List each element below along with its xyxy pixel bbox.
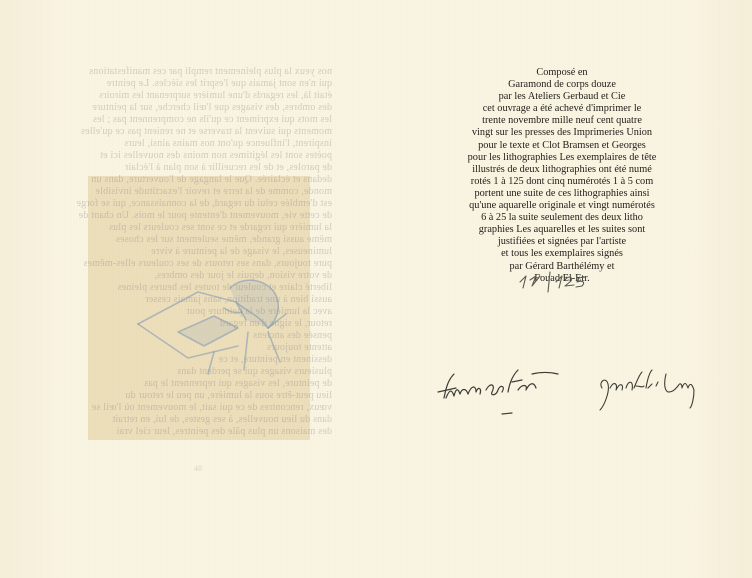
left-page: nos yeux la plus pleinement rempli par c… (0, 0, 376, 578)
colophon-line: cet ouvrage a été achevé d'imprimer le (446, 103, 678, 115)
colophon-line: et tous les exemplaires signés (446, 248, 678, 260)
show-through-line: lumineuses, le visage de la peinture à v… (66, 246, 332, 258)
justification-number-handwritten: 19/125 (510, 268, 600, 294)
show-through-line: vœux, rencontres de ce qui sait, le mouv… (66, 402, 332, 414)
show-through-line: dans du lieu nouvelles, à ses gestes, de… (66, 414, 332, 426)
colophon-line: portent une suite de ces lithographies a… (446, 188, 678, 200)
show-through-line: de cette vie, mouvement d'entente pour l… (66, 210, 332, 222)
show-through-drawing-icon (118, 262, 298, 382)
colophon-line: trente novembre mille neuf cent quatre (446, 115, 678, 127)
show-through-line: lieu peut-être sous la lumière, un peu l… (66, 390, 332, 402)
show-through-line: des ombres, des visages que l'œil cherch… (66, 102, 332, 114)
signature-fouad-el-etr (432, 362, 572, 422)
signature-gerard-barthelemy (594, 362, 704, 418)
page-number: 48 (192, 464, 204, 474)
colophon-line: graphies Les aquarelles et les suites so… (446, 224, 678, 236)
justification-text: 19/125 (510, 268, 554, 272)
show-through-line: est d'emblée celui du regard, de la conn… (66, 198, 332, 210)
colophon-line: vingt sur les presses des Imprimeries Un… (446, 127, 678, 139)
colophon-line: justifiées et signées par l'artiste (446, 236, 678, 248)
show-through-line: les mots qui expriment ce qu'ils ne comp… (66, 114, 332, 126)
show-through-line: monde, comme de la terre et revoir l'exa… (66, 186, 332, 198)
show-through-line: était là, les regards d'une lumière surp… (66, 90, 332, 102)
colophon: Composé enGaramond de corps douzepar les… (446, 67, 678, 285)
show-through-line: la lumière qui regarde et ce sont ses co… (66, 222, 332, 234)
show-through-line: moments qui suivent la traverse et ne re… (66, 126, 332, 138)
colophon-line: qu'une aquarelle originale et vingt numé… (446, 200, 678, 212)
show-through-line: de paroles, et de les recueillir à son p… (66, 162, 332, 174)
show-through-line: dedans et éclairée. Que le langage de l'… (66, 174, 332, 186)
show-through-line: nos yeux la plus pleinement rempli par c… (66, 66, 332, 78)
colophon-line: rotés 1 à 125 dont cinq numérotés 1 à 5 … (446, 176, 678, 188)
show-through-line: poètes sont les légitimes non moins des … (66, 150, 332, 162)
show-through-line: même aussi grande, même seulement sur le… (66, 234, 332, 246)
colophon-line: par les Ateliers Gerbaud et Cie (446, 91, 678, 103)
colophon-line: Garamond de corps douze (446, 79, 678, 91)
colophon-line: 6 à 25 la suite seulement des deux litho (446, 212, 678, 224)
show-through-line: des maisons un plus pâle des peintres, l… (66, 426, 332, 438)
colophon-line: Composé en (446, 67, 678, 79)
show-through-line: qui n'en sont jamais que l'esprit les si… (66, 78, 332, 90)
colophon-line: pour le texte et Clot Bramsen et Georges (446, 140, 678, 152)
colophon-line: illustrés de deux lithographies ont été … (446, 164, 678, 176)
colophon-line: pour les lithographies Les exemplaires d… (446, 152, 678, 164)
show-through-text: nos yeux la plus pleinement rempli par c… (66, 66, 332, 438)
show-through-line: inspirent, l'influence qu'ont nos mains … (66, 138, 332, 150)
